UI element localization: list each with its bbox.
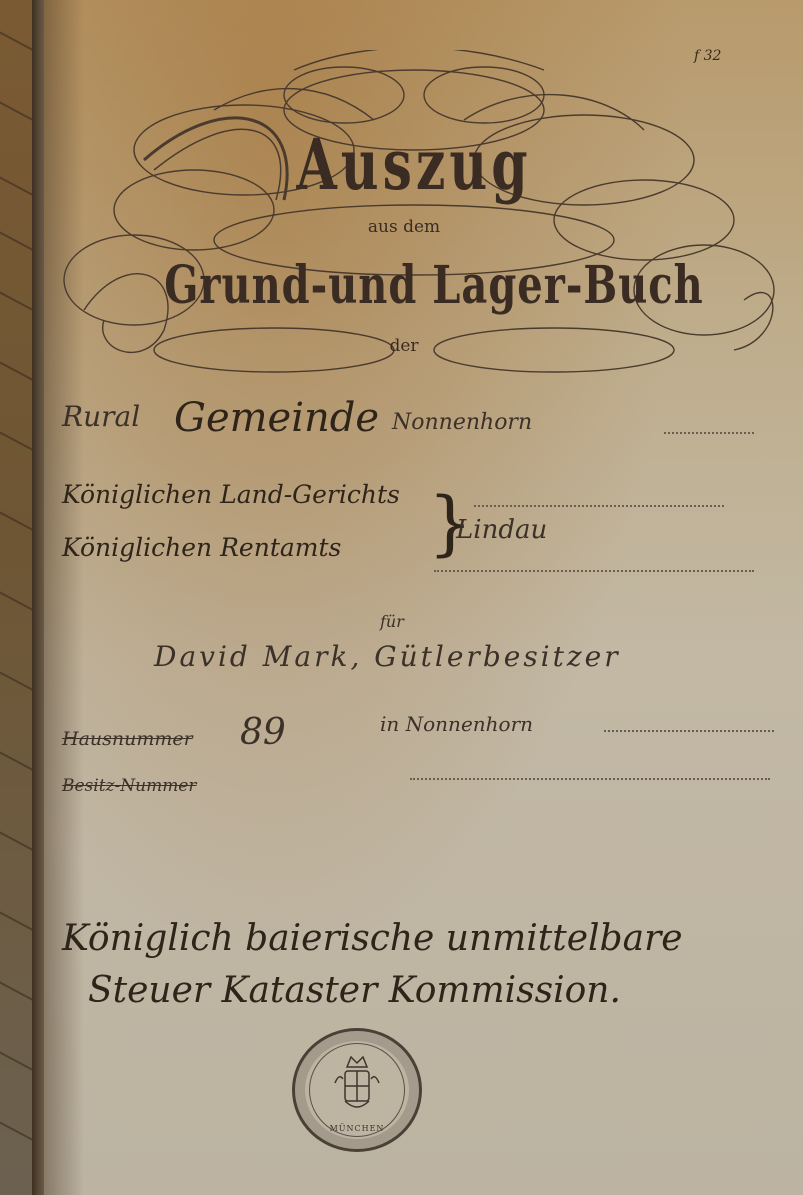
gemeinde-label: Gemeinde (174, 395, 379, 441)
rentamt-label: Königlichen Rentamts (62, 533, 341, 562)
fuer-label: für (380, 612, 404, 631)
title-subtitle-aus-dem: aus dem (324, 217, 484, 237)
dotted-fill-line (474, 505, 724, 507)
authority-line-1: Königlich baierische unmittelbare (62, 918, 683, 959)
authority-line-2: Steuer Kataster Kommission. (88, 970, 621, 1011)
seal-text: MÜNCHEN (295, 1124, 419, 1133)
owner-name: David Mark, Gütlerbesitzer (154, 640, 621, 673)
landgericht-label: Königlichen Land-Gerichts (62, 480, 400, 509)
document-title: Auszug (254, 124, 574, 206)
besitz-nummer-label: Besitz-Nummer (62, 776, 197, 796)
gemeinde-value: Nonnenhorn (392, 410, 532, 435)
book-name: Grund-und Lager-Buch (104, 255, 764, 316)
district-value: Lindau (456, 515, 547, 545)
title-subtitle-der: der (344, 336, 464, 356)
calligraphic-flourish-icon (44, 50, 803, 380)
dotted-fill-line (604, 730, 774, 732)
official-seal: MÜNCHEN (292, 1028, 422, 1152)
hausnummer-location: in Nonnenhorn (380, 712, 533, 736)
document-page: f 32 Auszug aus dem Grund-und Lager-Buch… (44, 0, 803, 1195)
royal-bavarian-crest-icon (331, 1053, 383, 1117)
gemeinde-prefix: Rural (62, 400, 140, 433)
hausnummer-label: Hausnummer (62, 728, 193, 750)
dotted-fill-line (410, 778, 770, 780)
hausnummer-value: 89 (240, 712, 286, 753)
dotted-fill-line (434, 570, 754, 572)
dotted-fill-line (664, 432, 754, 434)
